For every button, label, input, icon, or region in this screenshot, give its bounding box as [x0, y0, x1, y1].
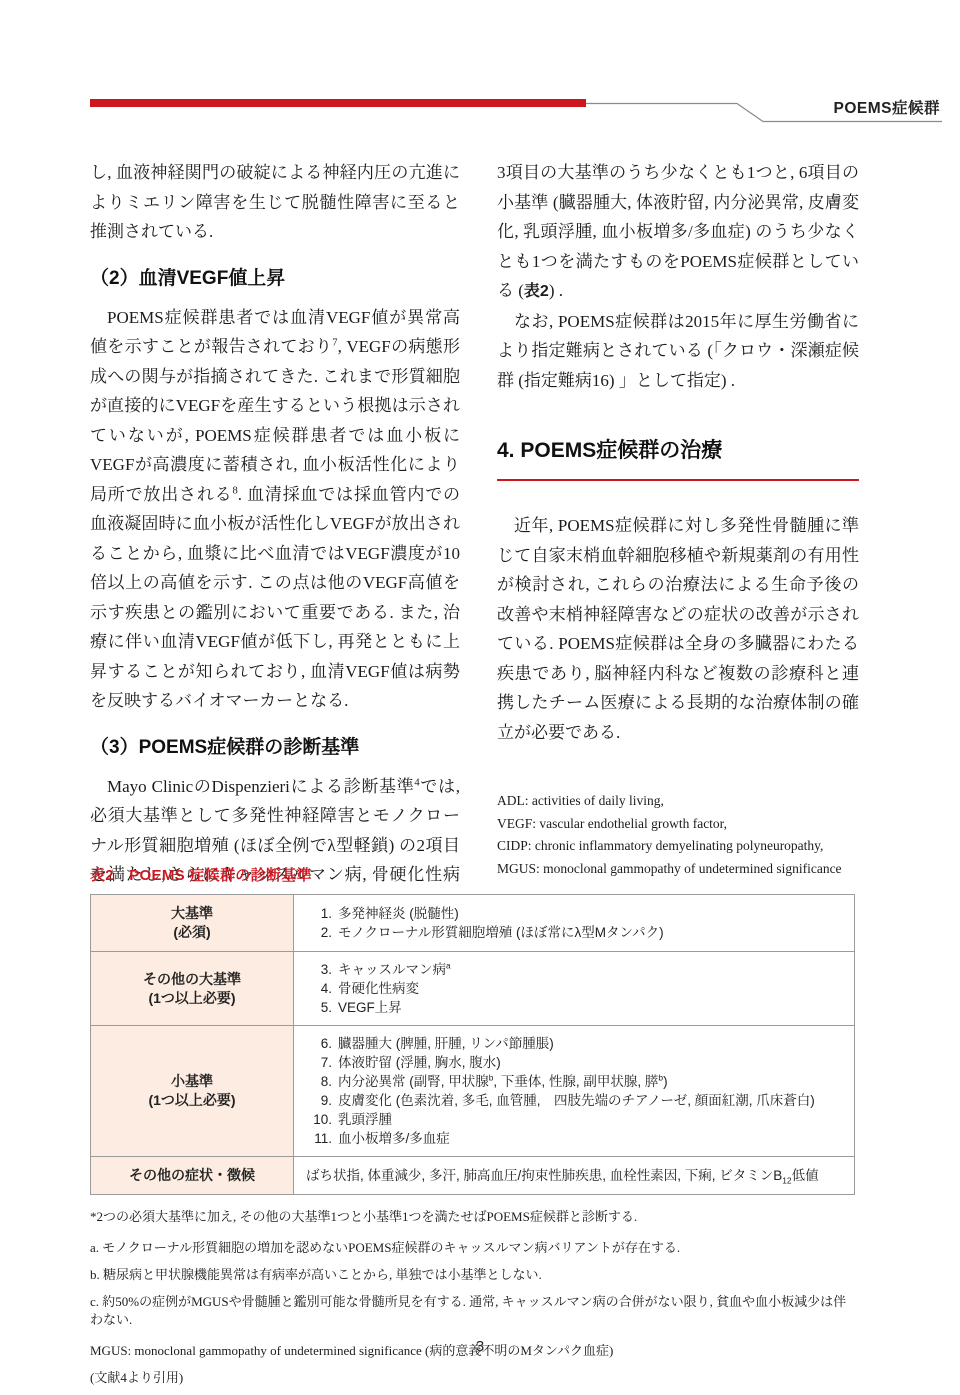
- footnote-b: b. 糖尿病と甲状腺機能異常は有病率が高いことから, 単独では小基準としない.: [90, 1266, 856, 1284]
- criteria-item: 11.血小板増多/多血症: [306, 1129, 844, 1148]
- criteria-item: 6.臓器腫大 (脾腫, 肝腫, リンパ節腫脹): [306, 1034, 844, 1053]
- table-reference: 表2: [524, 283, 549, 300]
- row-items-cell: 6.臓器腫大 (脾腫, 肝腫, リンパ節腫脹)7.体液貯留 (浮腫, 胸水, 腹…: [294, 1026, 855, 1157]
- row-items-cell: 3.キャッスルマン病a4.骨硬化性病変5.VEGF上昇: [294, 952, 855, 1026]
- row-label-cell: 大基準(必須): [91, 895, 294, 952]
- diagnostic-table-body: 大基準(必須)1.多発神経炎 (脱髄性)2.モノクローナル形質細胞増殖 (ほぼ常…: [91, 895, 855, 1195]
- criteria-item: 7.体液貯留 (浮腫, 胸水, 腹水): [306, 1053, 844, 1072]
- paragraph-text: Mayo ClinicのDispenzieriによる診断基準: [107, 777, 414, 796]
- criteria-item: 1.多発神経炎 (脱髄性): [306, 904, 844, 923]
- criteria-item: 2.モノクローナル形質細胞増殖 (ほぼ常にλ型Mタンパク): [306, 923, 844, 942]
- paragraph-text: , VEGFの病態形成への関与が指摘されてきた. これまで形質細胞が直接的にVE…: [90, 337, 460, 504]
- table-row: その他の症状・徴候ばち状指, 体重減少, 多汗, 肺高血圧/拘束性肺疾患, 血栓…: [91, 1157, 855, 1195]
- table-row: 小基準(1つ以上必要)6.臓器腫大 (脾腫, 肝腫, リンパ節腫脹)7.体液貯留…: [91, 1026, 855, 1157]
- body-paragraph: POEMS症候群患者では血清VEGF値が異常高値を示すことが報告されており7, …: [90, 303, 460, 716]
- table-footnotes: *2つの必須大基準に加え, その他の大基準1つと小基準1つを満たせばPOEMS症…: [90, 1208, 856, 1387]
- paragraph-text: ) .: [549, 281, 563, 300]
- row-label-cell: その他の大基準(1つ以上必要): [91, 952, 294, 1026]
- criteria-item: 8.内分泌異常 (副腎, 甲状腺b, 下垂体, 性腺, 副甲状腺, 膵b): [306, 1072, 844, 1091]
- criteria-item: 9.皮膚変化 (色素沈着, 多毛, 血管腫, 四肢先端のチアノーゼ, 顔面紅潮,…: [306, 1091, 844, 1110]
- paragraph-text: 3項目の大基準のうち少なくとも1つと, 6項目の小基準 (臓器腫大, 体液貯留,…: [497, 163, 859, 300]
- table-section: 表2 POEMS 症候群の診断基準 大基準(必須)1.多発神経炎 (脱髄性)2.…: [90, 864, 856, 1387]
- abbreviation-item: CIDP: chronic inflammatory demyelinating…: [497, 835, 859, 858]
- criteria-item: 3.キャッスルマン病a: [306, 960, 844, 979]
- criteria-item: 5.VEGF上昇: [306, 998, 844, 1017]
- body-paragraph: 近年, POEMS症候群に対し多発性骨髄腫に準じて自家末梢血幹細胞移植や新規薬剤…: [497, 511, 859, 747]
- footnote-citation: (文献4より引用): [90, 1369, 856, 1387]
- header-rule-line: [0, 0, 960, 140]
- document-page: POEMS症候群 し, 血液神経関門の破綻による神経内圧の亢進によりミエリン障害…: [0, 0, 960, 1395]
- criteria-item: ばち状指, 体重減少, 多汗, 肺高血圧/拘束性肺疾患, 血栓性素因, 下痢, …: [306, 1166, 844, 1185]
- footnote-a: a. モノクローナル形質細胞の増加を認めないPOEMS症候群のキャッスルマン病バ…: [90, 1239, 856, 1257]
- row-label-cell: その他の症状・徴候: [91, 1157, 294, 1195]
- table-title: 表2 POEMS 症候群の診断基準: [90, 864, 856, 885]
- body-paragraph: なお, POEMS症候群は2015年に厚生労働省により指定難病とされている (「…: [497, 307, 859, 396]
- section-heading-2: （2）血清VEGF値上昇: [90, 266, 460, 292]
- table-row: その他の大基準(1つ以上必要)3.キャッスルマン病a4.骨硬化性病変5.VEGF…: [91, 952, 855, 1026]
- footnote-c: c. 約50%の症例がMGUSや骨髄腫と鑑別可能な骨髄所見を有する. 通常, キ…: [90, 1293, 856, 1329]
- right-column: 3項目の大基準のうち少なくとも1つと, 6項目の小基準 (臓器腫大, 体液貯留,…: [497, 158, 859, 880]
- body-paragraph: し, 血液神経関門の破綻による神経内圧の亢進によりミエリン障害を生じて脱髄性障害…: [90, 158, 460, 247]
- running-head-title: POEMS症候群: [640, 96, 940, 118]
- criteria-item: 4.骨硬化性病変: [306, 979, 844, 998]
- page-number: 3: [0, 1338, 960, 1355]
- left-column: し, 血液神経関門の破綻による神経内圧の亢進によりミエリン障害を生じて脱髄性障害…: [90, 158, 460, 919]
- diagnostic-criteria-table: 大基準(必須)1.多発神経炎 (脱髄性)2.モノクローナル形質細胞増殖 (ほぼ常…: [90, 894, 855, 1195]
- row-label-cell: 小基準(1つ以上必要): [91, 1026, 294, 1157]
- section-heading-4: 4. POEMS症候群の治療: [497, 437, 859, 481]
- body-paragraph: 3項目の大基準のうち少なくとも1つと, 6項目の小基準 (臓器腫大, 体液貯留,…: [497, 158, 859, 307]
- row-items-cell: ばち状指, 体重減少, 多汗, 肺高血圧/拘束性肺疾患, 血栓性素因, 下痢, …: [294, 1157, 855, 1195]
- paragraph-text: . 血清採血では採血管内での血液凝固時に血小板が活性化しVEGFが放出されること…: [90, 485, 460, 711]
- abbreviation-item: VEGF: vascular endothelial growth factor…: [497, 813, 859, 836]
- footnote-star: *2つの必須大基準に加え, その他の大基準1つと小基準1つを満たせばPOEMS症…: [90, 1208, 856, 1226]
- criteria-item: 10.乳頭浮腫: [306, 1110, 844, 1129]
- abbreviation-item: ADL: activities of daily living,: [497, 790, 859, 813]
- table-row: 大基準(必須)1.多発神経炎 (脱髄性)2.モノクローナル形質細胞増殖 (ほぼ常…: [91, 895, 855, 952]
- row-items-cell: 1.多発神経炎 (脱髄性)2.モノクローナル形質細胞増殖 (ほぼ常にλ型Mタンパ…: [294, 895, 855, 952]
- section-heading-3: （3）POEMS症候群の診断基準: [90, 735, 460, 761]
